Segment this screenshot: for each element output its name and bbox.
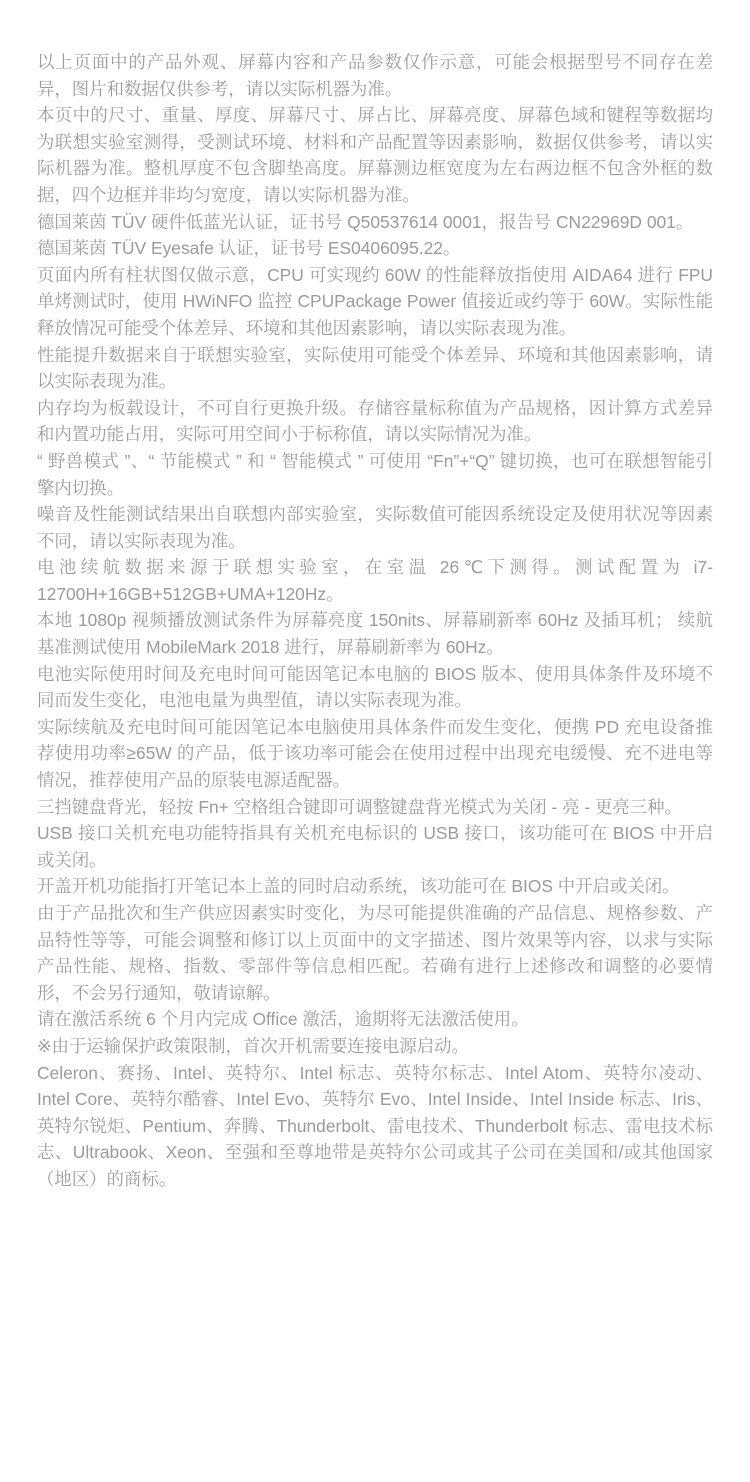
disclaimer-paragraph: 页面内所有柱状图仅做示意，CPU 可实现约 60W 的性能释放指使用 AIDA6… — [37, 262, 713, 342]
disclaimer-paragraph: 德国莱茵 TÜV 硬件低蓝光认证，证书号 Q50537614 0001，报告号 … — [37, 209, 713, 236]
disclaimer-paragraph: USB 接口关机充电功能特指具有关机充电标识的 USB 接口，该功能可在 BIO… — [37, 820, 713, 873]
disclaimer-paragraph: 电池实际使用时间及充电时间可能因笔记本电脑的 BIOS 版本、使用具体条件及环境… — [37, 661, 713, 714]
disclaimer-paragraph: 噪音及性能测试结果出自联想内部实验室，实际数值可能因系统设定及使用状况等因素不同… — [37, 501, 713, 554]
disclaimer-paragraph: 德国莱茵 TÜV Eyesafe 认证，证书号 ES0406095.22。 — [37, 235, 713, 262]
disclaimer-paragraph: “ 野兽模式 ”、“ 节能模式 ” 和 “ 智能模式 ” 可使用 “Fn”+“Q… — [37, 448, 713, 501]
disclaimer-paragraph: 电池续航数据来源于联想实验室，在室温 26℃下测得。测试配置为 i7-12700… — [37, 554, 713, 607]
disclaimer-paragraph: 请在激活系统 6 个月内完成 Office 激活，逾期将无法激活使用。 — [37, 1006, 713, 1033]
disclaimer-paragraph: 以上页面中的产品外观、屏幕内容和产品参数仅作示意，可能会根据型号不同存在差异，图… — [37, 49, 713, 102]
disclaimer-paragraph: 三挡键盘背光，轻按 Fn+ 空格组合键即可调整键盘背光模式为关闭 - 亮 - 更… — [37, 794, 713, 821]
disclaimer-paragraph: 本页中的尺寸、重量、厚度、屏幕尺寸、屏占比、屏幕亮度、屏幕色域和键程等数据均为联… — [37, 102, 713, 208]
disclaimer-paragraph: Celeron、赛扬、Intel、英特尔、Intel 标志、英特尔标志、Inte… — [37, 1060, 713, 1193]
disclaimer-paragraph: 由于产品批次和生产供应因素实时变化，为尽可能提供准确的产品信息、规格参数、产品特… — [37, 900, 713, 1006]
disclaimer-paragraph: 开盖开机功能指打开笔记本上盖的同时启动系统，该功能可在 BIOS 中开启或关闭。 — [37, 873, 713, 900]
disclaimer-paragraph: 内存均为板载设计，不可自行更换升级。存储容量标称值为产品规格，因计算方式差异和内… — [37, 395, 713, 448]
disclaimer-paragraph: 性能提升数据来自于联想实验室，实际使用可能受个体差异、环境和其他因素影响，请以实… — [37, 342, 713, 395]
disclaimer-paragraph: ※由于运输保护政策限制，首次开机需要连接电源启动。 — [37, 1033, 713, 1060]
disclaimer-paragraph: 本地 1080p 视频播放测试条件为屏幕亮度 150nits、屏幕刷新率 60H… — [37, 607, 713, 660]
product-disclaimer-section: 以上页面中的产品外观、屏幕内容和产品参数仅作示意，可能会根据型号不同存在差异，图… — [0, 0, 750, 1193]
disclaimer-paragraph: 实际续航及充电时间可能因笔记本电脑使用具体条件而发生变化，便携 PD 充电设备推… — [37, 714, 713, 794]
